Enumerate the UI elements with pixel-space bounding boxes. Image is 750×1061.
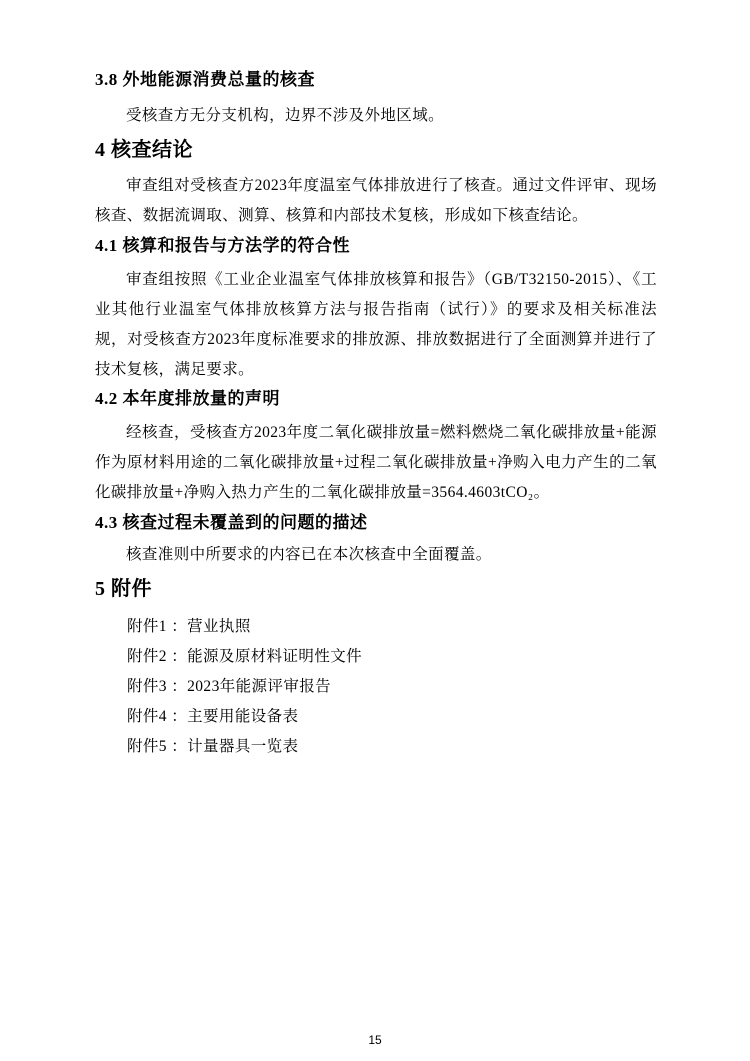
document-content: 3.8 外地能源消费总量的核查 受核查方无分支机构，边界不涉及外地区域。 4 核… [95,0,657,762]
attachment-item-2: 附件2 ：能源及原材料证明性文件 [127,642,657,672]
section-4-1-paragraph: 审查组按照《工业企业温室气体排放核算和报告》（GB/T32150-2015）、《… [95,265,657,385]
attachment-list: 附件1 ：营业执照 附件2 ：能源及原材料证明性文件 附件3 ：2023年能源评… [95,612,657,762]
document-page: 3.8 外地能源消费总量的核查 受核查方无分支机构，边界不涉及外地区域。 4 核… [0,0,750,1061]
section-heading-3-8: 3.8 外地能源消费总量的核查 [95,68,657,92]
section-heading-4-3: 4.3 核查过程未覆盖到的问题的描述 [95,511,657,535]
chapter-4-intro-paragraph: 审查组对受核查方2023年度温室气体排放进行了核查。通过文件评审、现场核查、数据… [95,171,657,231]
attachment-item-4: 附件4 ：主要用能设备表 [127,702,657,732]
section-4-2-paragraph: 经核查，受核查方2023年度二氧化碳排放量=燃料燃烧二氧化碳排放量+能源作为原材… [95,418,657,508]
section-3-8-paragraph: 受核查方无分支机构，边界不涉及外地区域。 [95,101,657,131]
attachment-item-5: 附件5 ：计量器具一览表 [127,732,657,762]
chapter-heading-5: 5 附件 [95,575,657,603]
section-heading-4-2: 4.2 本年度排放量的声明 [95,387,657,411]
chapter-heading-4: 4 核查结论 [95,136,657,164]
attachment-item-3: 附件3 ：2023年能源评审报告 [127,672,657,702]
attachment-item-1: 附件1 ：营业执照 [127,612,657,642]
section-4-3-paragraph: 核查准则中所要求的内容已在本次核查中全面覆盖。 [95,540,657,570]
page-number: 15 [0,1033,750,1047]
section-heading-4-1: 4.1 核算和报告与方法学的符合性 [95,234,657,258]
